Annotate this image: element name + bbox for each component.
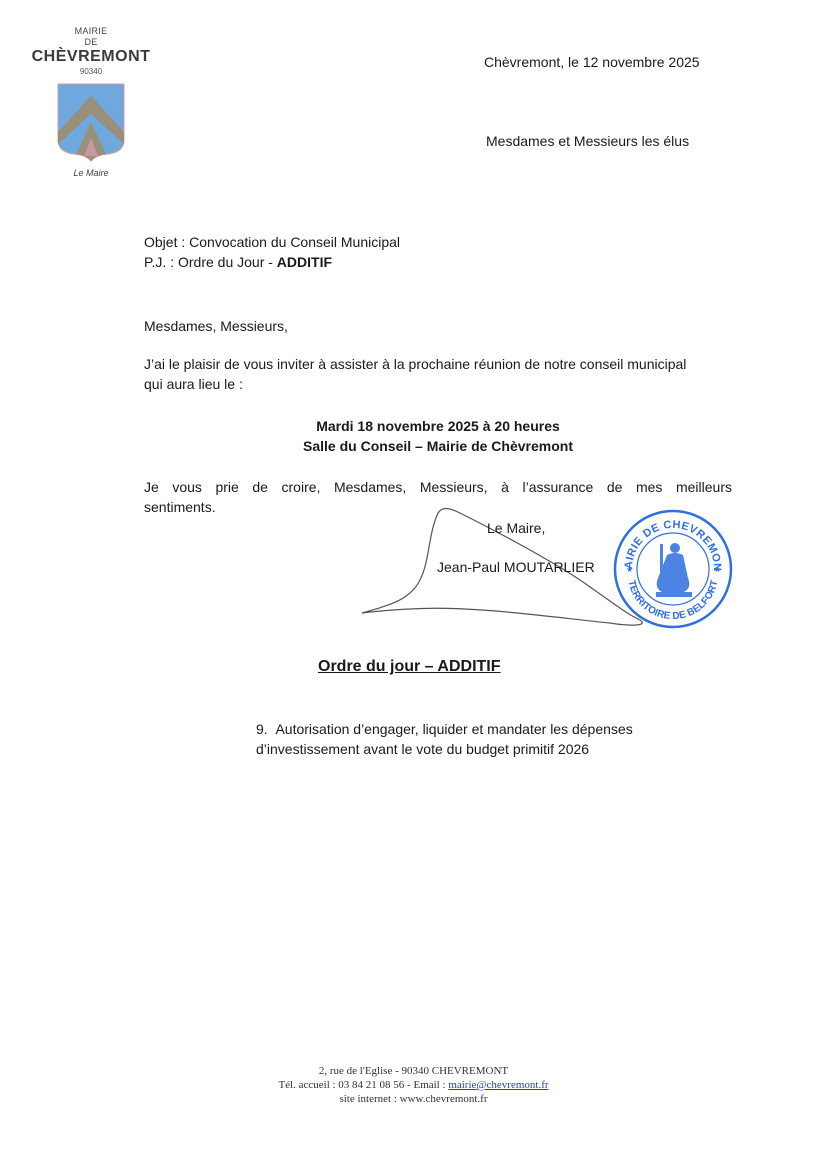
- footer-email-link[interactable]: mairie@chevremont.fr: [448, 1079, 548, 1091]
- signer-title: Le Maire,: [487, 518, 545, 538]
- signer-name: Jean-Paul MOUTARLIER: [437, 557, 595, 577]
- agenda-list: 9. Autorisation d’engager, liquider et m…: [256, 719, 633, 759]
- svg-text:★: ★: [714, 565, 721, 574]
- closing-line-2: sentiments.: [144, 499, 216, 515]
- meeting-place: Salle du Conseil – Mairie de Chèvremont: [144, 436, 732, 456]
- letter-recipients: Mesdames et Messieurs les élus: [486, 131, 689, 151]
- letter-date: Chèvremont, le 12 novembre 2025: [484, 52, 700, 72]
- agenda-item: 9. Autorisation d’engager, liquider et m…: [256, 719, 633, 739]
- coat-of-arms-icon: [56, 82, 126, 162]
- svg-text:★: ★: [626, 565, 633, 574]
- letterhead-zip: 90340: [22, 66, 160, 78]
- letterhead-mairie: MAIRIE: [22, 26, 160, 37]
- objet-value: Convocation du Conseil Municipal: [189, 234, 400, 250]
- salutation: Mesdames, Messieurs,: [144, 316, 288, 336]
- objet-label: Objet :: [144, 234, 189, 250]
- letterhead-le-maire: Le Maire: [22, 168, 160, 178]
- letterhead-city: CHÈVREMONT: [22, 48, 160, 66]
- footer: 2, rue de l'Eglise - 90340 CHEVREMONT Té…: [200, 1064, 627, 1106]
- closing-line-1: Je vous prie de croire, Mesdames, Messie…: [144, 477, 732, 497]
- pj-value: ADDITIF: [277, 254, 332, 270]
- subject-block: Objet : Convocation du Conseil Municipal…: [144, 232, 400, 272]
- agenda-item-line-2: d’investissement avant le vote du budget…: [256, 739, 633, 759]
- footer-contact: Tél. accueil : 03 84 21 08 56 - Email : …: [200, 1078, 627, 1092]
- pj-label: P.J. : Ordre du Jour -: [144, 254, 277, 270]
- footer-address: 2, rue de l'Eglise - 90340 CHEVREMONT: [200, 1064, 627, 1078]
- agenda-item-line-1: Autorisation d’engager, liquider et mand…: [275, 721, 632, 737]
- invitation-line-2: qui aura lieu le :: [144, 374, 732, 394]
- meeting-date: Mardi 18 novembre 2025 à 20 heures: [144, 416, 732, 436]
- footer-website: site internet : www.chevremont.fr: [200, 1092, 627, 1106]
- letterhead: MAIRIE DE CHÈVREMONT 90340 Le Maire: [22, 26, 160, 178]
- official-stamp-icon: MAIRIE DE CHEVREMONT TERRITOIRE DE BELFO…: [612, 508, 734, 630]
- subject-pj: P.J. : Ordre du Jour - ADDITIF: [144, 252, 400, 272]
- invitation-paragraph: J’ai le plaisir de vous inviter à assist…: [144, 354, 732, 394]
- meeting-details: Mardi 18 novembre 2025 à 20 heures Salle…: [144, 416, 732, 456]
- agenda-item-number: 9.: [256, 721, 268, 737]
- invitation-line-1: J’ai le plaisir de vous inviter à assist…: [144, 354, 732, 374]
- agenda-title: Ordre du jour – ADDITIF: [318, 658, 501, 676]
- subject-objet: Objet : Convocation du Conseil Municipal: [144, 232, 400, 252]
- footer-phone: Tél. accueil : 03 84 21 08 56 - Email :: [278, 1079, 448, 1091]
- letterhead-de: DE: [22, 37, 160, 48]
